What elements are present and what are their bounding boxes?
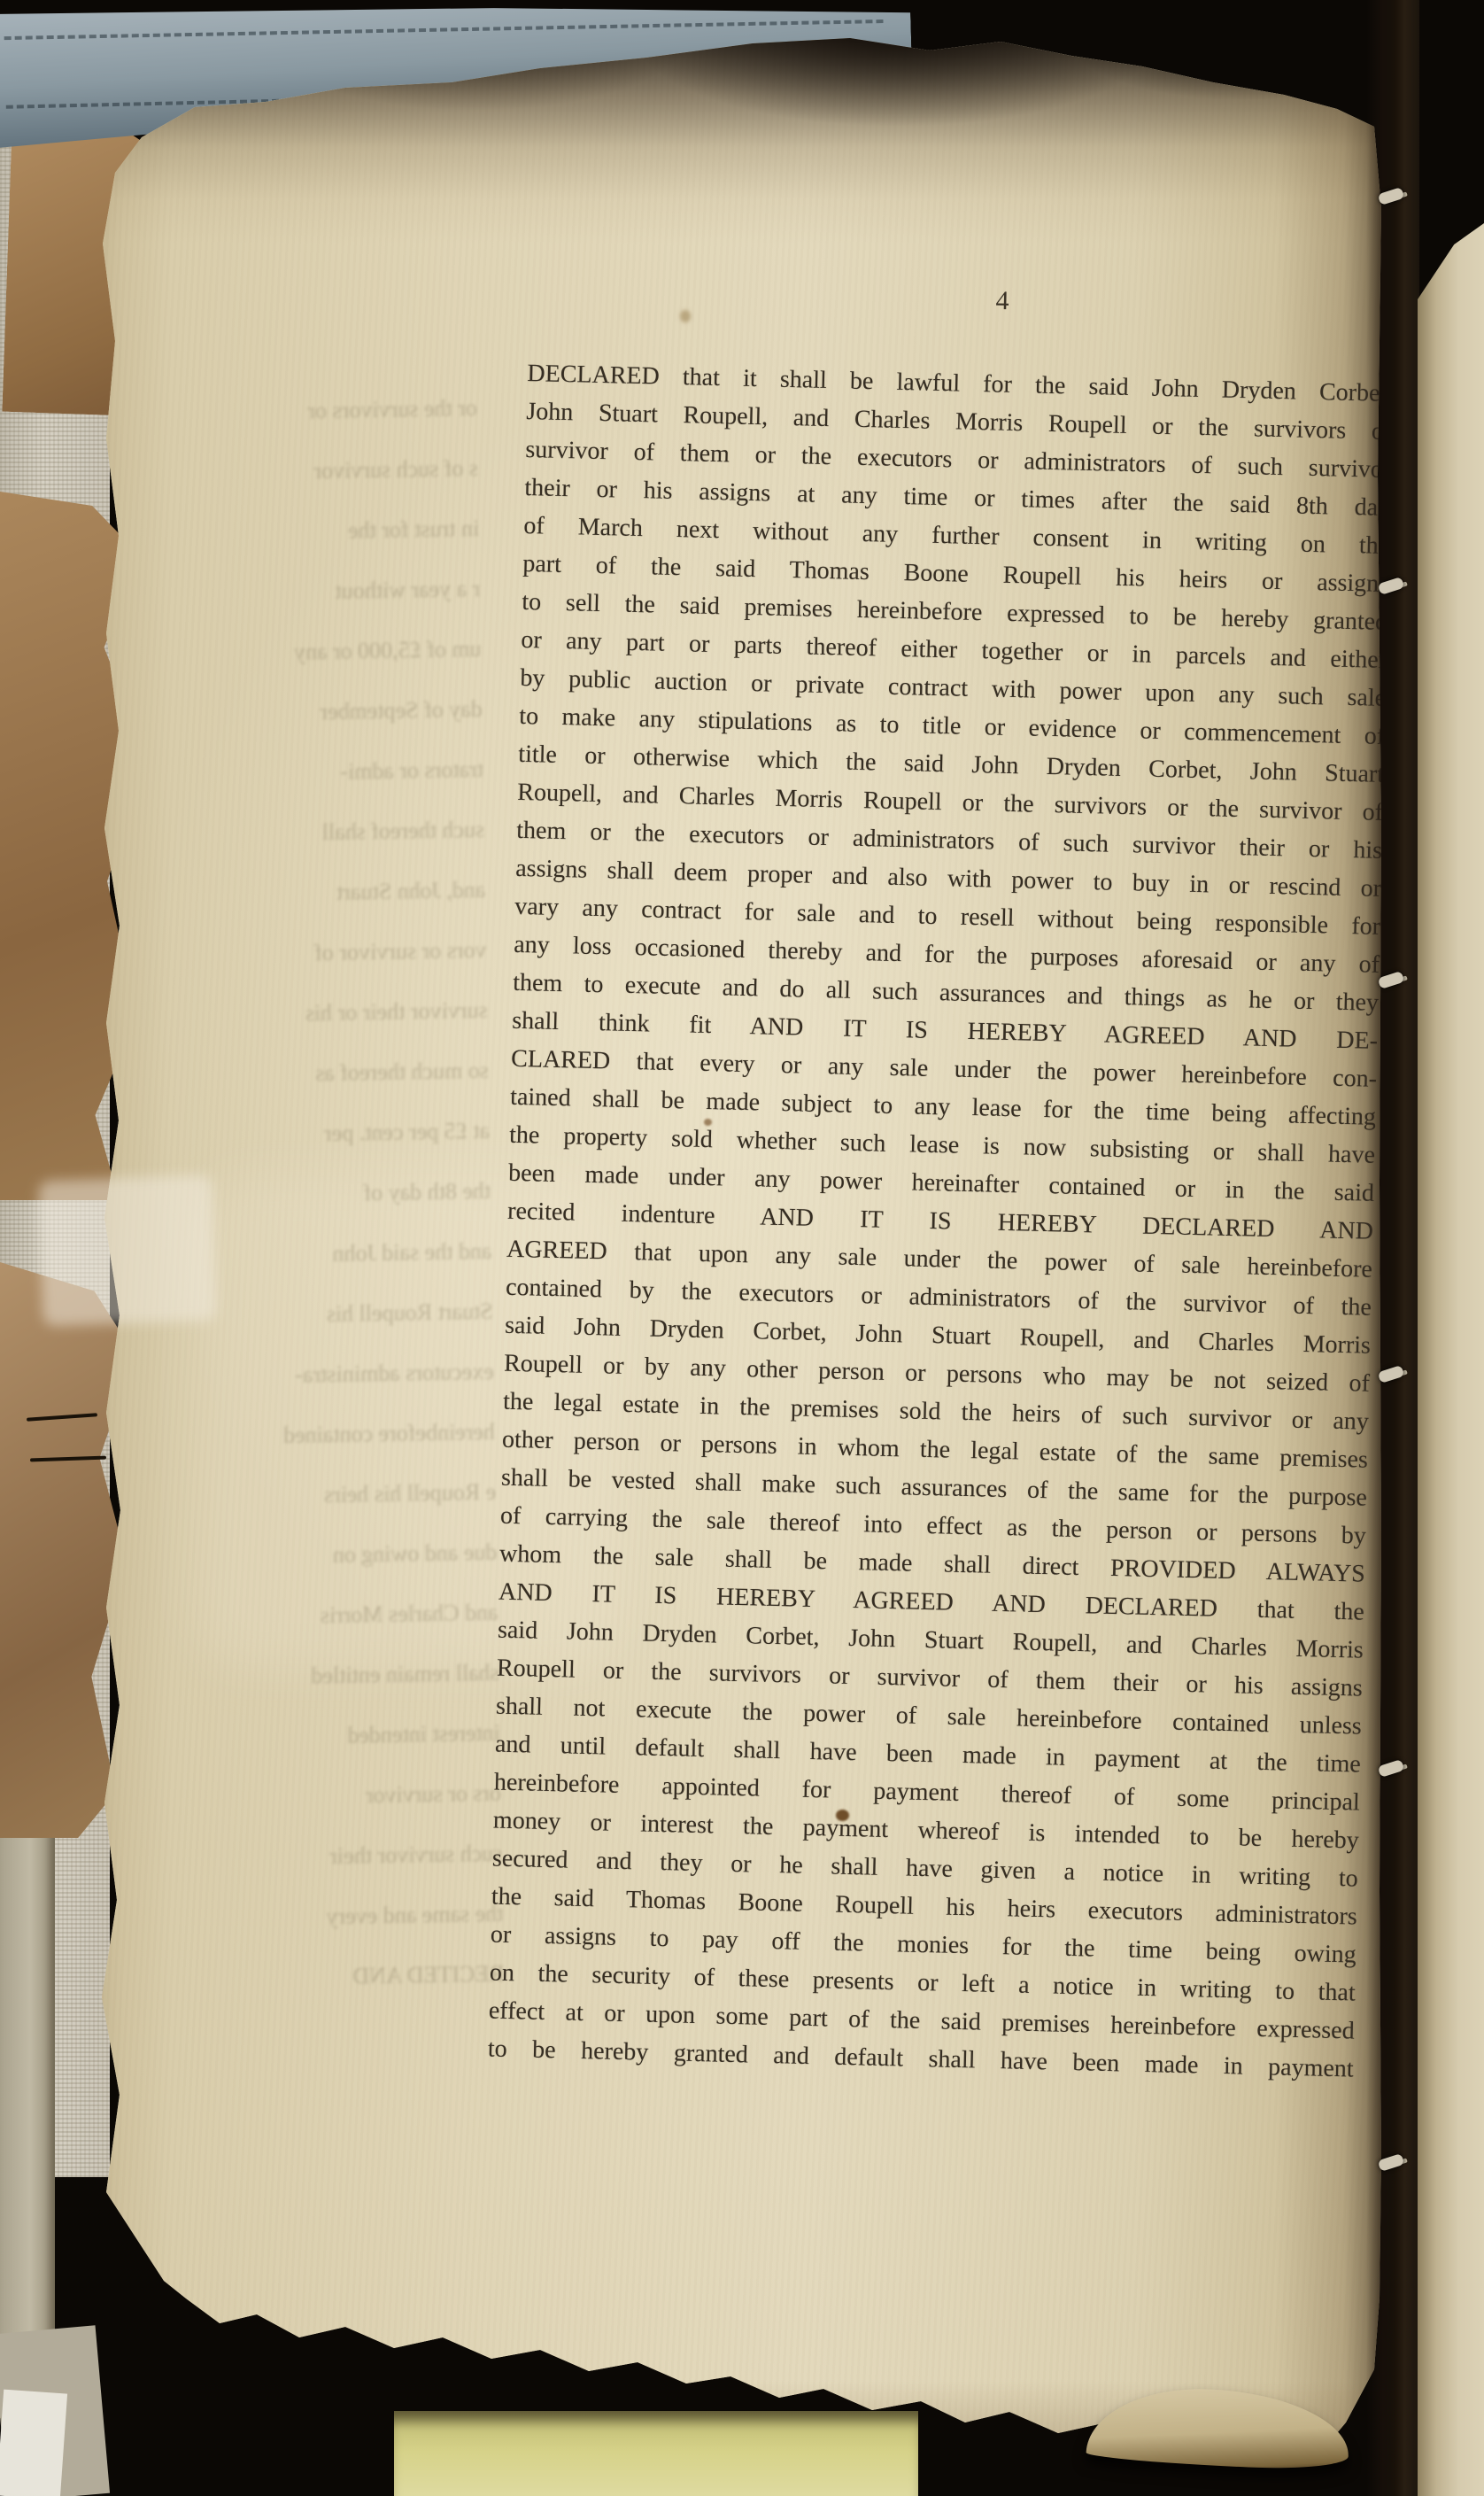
ghost-text-line: ors or survivor <box>164 1763 501 1830</box>
document-page: or the survivors ors of such survivorin … <box>80 31 1399 2496</box>
document-text: DECLARED that it shall be lawful for the… <box>487 354 1393 2089</box>
ghost-text-line: such survivor their <box>166 1824 503 1890</box>
sticky-note <box>394 2411 918 2496</box>
tape-residue-patch <box>38 1175 217 1327</box>
stain-spot <box>836 1810 849 1821</box>
ghost-text-line: interest intended <box>163 1703 500 1770</box>
facing-page <box>1418 218 1484 2496</box>
photo-canvas: or the survivors ors of such survivorin … <box>0 0 1484 2496</box>
stitch-thread <box>1378 971 1405 989</box>
ghost-text-line: or the survivors or <box>140 378 477 445</box>
ghost-text-line: executors administra- <box>157 1342 494 1408</box>
ghost-text-line: vors or survivor of <box>150 920 487 987</box>
ghost-text-line: so much thereof as <box>151 1041 489 1107</box>
stain-spot <box>704 1119 712 1126</box>
spine-paper-strip <box>0 1798 55 2418</box>
ghost-text-line: survivor their or his <box>151 981 488 1047</box>
stitch-thread <box>1378 2153 1405 2172</box>
ghost-text-line: such thereof shall <box>147 800 484 866</box>
ghost-text-line: and, John Stuart <box>149 860 486 926</box>
book-gutter <box>1366 0 1419 2496</box>
ghost-text-line: the same and every <box>166 1884 504 1950</box>
ghost-text-line: hereinbefore contained <box>158 1402 495 1469</box>
ghost-text-line: r a year without <box>143 559 481 625</box>
stitch-thread <box>1378 577 1405 595</box>
stitch-line <box>4 19 884 40</box>
ghost-text-line: um of £5,000 or any <box>144 619 482 686</box>
ghost-text-line: in trust for the <box>143 499 480 565</box>
ghost-text-line: and Charles Morris <box>161 1583 499 1649</box>
ghost-text-line: due and owing on <box>160 1523 498 1589</box>
stitch-thread <box>1378 1759 1405 1778</box>
ghost-text-line: shall remain entitled <box>162 1643 499 1709</box>
stitch-thread <box>1378 187 1405 205</box>
stain-spot <box>680 310 691 322</box>
ghost-text-line: s of such survivor <box>141 438 478 505</box>
stitch-thread <box>1378 1365 1405 1384</box>
corner-scrap-white <box>0 2390 67 2496</box>
ghost-text-line: at £5 per cent. per <box>152 1101 490 1167</box>
ghost-text-line: day of September <box>145 679 483 746</box>
page-number: 4 <box>976 285 1030 316</box>
ghost-text-line: e Roupell his heirs <box>159 1462 497 1529</box>
ghost-text-line: RECITED AND <box>167 1944 505 2011</box>
ghost-text-line: trators or admi- <box>146 740 483 806</box>
